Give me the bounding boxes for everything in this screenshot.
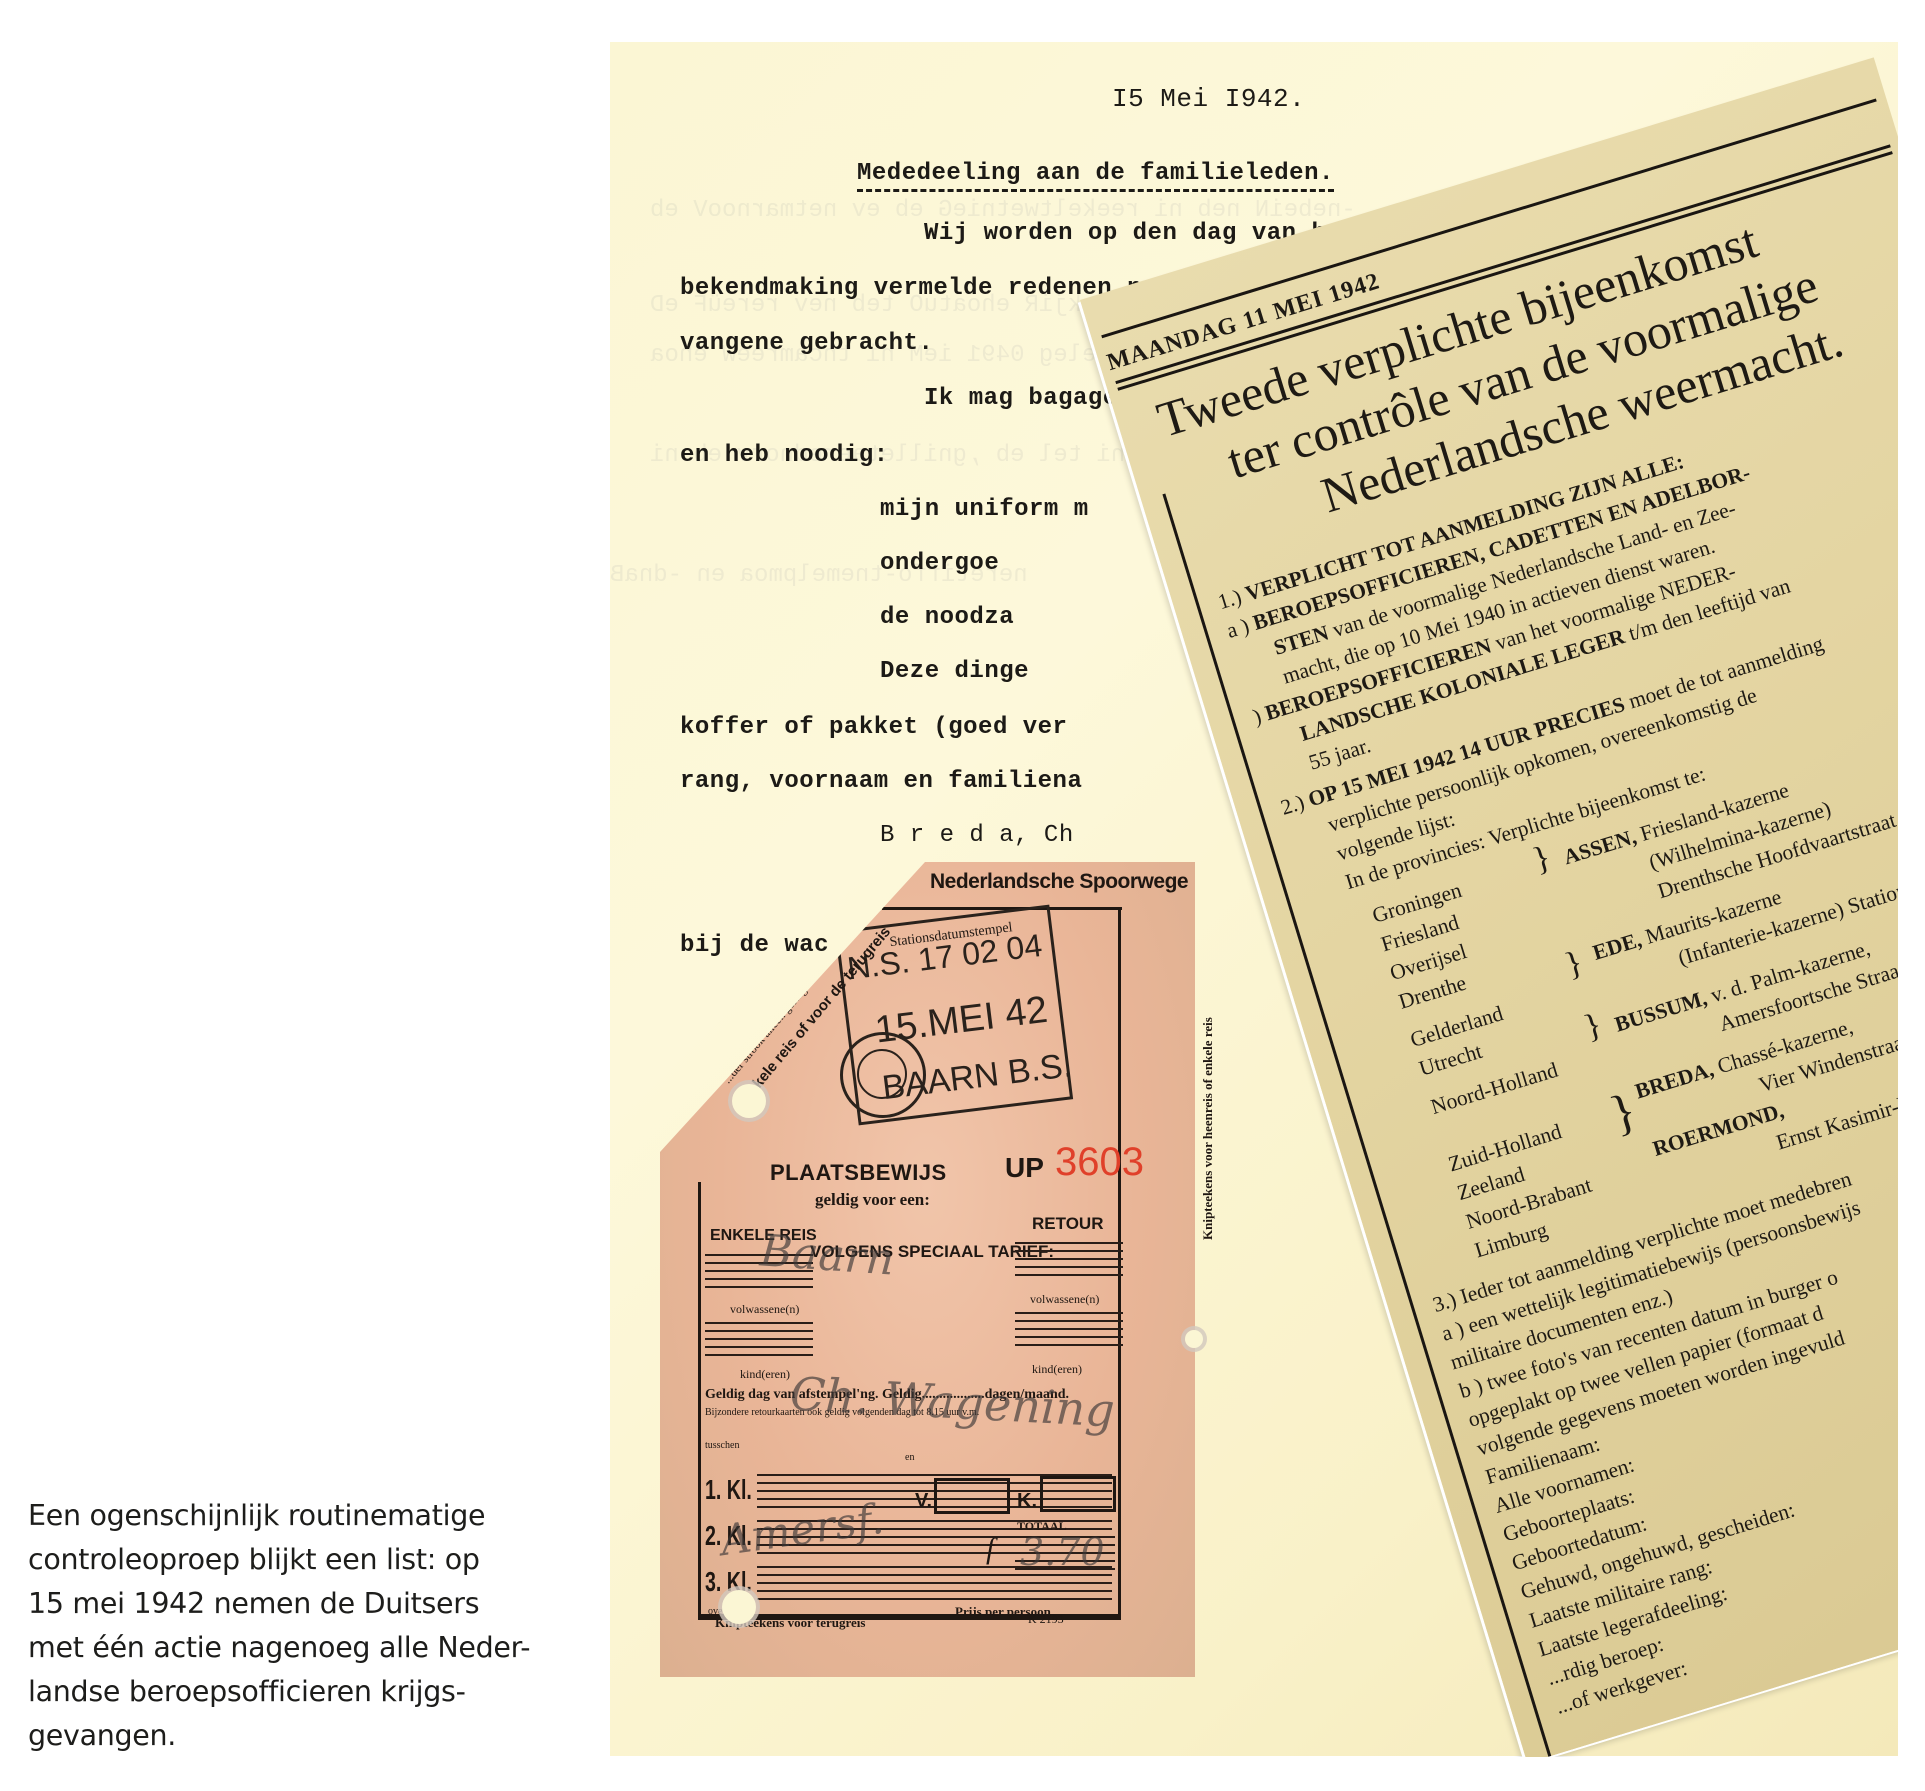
letter-title: Mededeeling aan de familieleden. — [857, 160, 1334, 187]
currency-symbol: f — [986, 1532, 994, 1566]
ruled-lines — [1015, 1312, 1123, 1350]
letter-line: en heb noodig: — [680, 442, 889, 469]
return-label: RETOUR — [1032, 1214, 1103, 1234]
brace: } — [1581, 1010, 1605, 1043]
caption-line: landse beroepsofficieren krijgs- — [28, 1670, 588, 1714]
children-label: kind(eren) — [740, 1367, 790, 1382]
letter-line: de noodza — [880, 604, 1014, 631]
letter-line: bij de wac — [680, 932, 829, 959]
letter-date: I5 Mei I942. — [1112, 84, 1305, 114]
photo-caption: Een ogenschijnlijk routinematige control… — [28, 1494, 588, 1758]
letter-line: koffer of pakket (goed ver — [680, 714, 1067, 741]
ticket-subtitle: geldig voor een: — [815, 1190, 930, 1210]
caption-line: gevangen. — [28, 1714, 588, 1758]
ticket-company: Nederlandsche Spoorwege — [930, 870, 1188, 894]
v-price-label: V. — [915, 1490, 932, 1513]
class-1-label: 1. Kl. — [705, 1474, 752, 1506]
v-price-box — [934, 1478, 1010, 1514]
punch-hole — [722, 1590, 756, 1624]
page-margin — [600, 0, 1925, 42]
ticket-border — [698, 1182, 701, 1617]
caption-line: Een ogenschijnlijk routinematige — [28, 1494, 588, 1538]
caption-line: met één actie nagenoeg alle Neder- — [28, 1626, 588, 1670]
adults-label: volwassene(n) — [730, 1302, 799, 1317]
outbound-clip-label: Knipteekens voor heenreis of enkele reis — [1200, 1017, 1216, 1240]
and-label: en — [905, 1452, 914, 1463]
k-price-box — [1040, 1476, 1116, 1512]
handwritten-from: Baarn — [758, 1225, 895, 1285]
brace: } — [1562, 948, 1586, 981]
letter-line: B r e d a, Ch — [880, 822, 1074, 849]
page-margin — [1898, 0, 1925, 1791]
letter-line: mijn uniform m — [880, 496, 1089, 523]
letter-line: Deze dinge — [880, 658, 1029, 685]
page-margin — [600, 1757, 1925, 1791]
letter-line: ondergoe — [880, 550, 999, 577]
caption-line: controleoproep blijkt een list: op — [28, 1538, 588, 1582]
letter-line: vangene gebracht. — [680, 330, 933, 357]
caption-line: 15 mei 1942 nemen de Duitsers — [28, 1582, 588, 1626]
ticket-series: UP — [1005, 1152, 1044, 1184]
ticket-title: PLAATSBEWIJS — [770, 1160, 947, 1186]
brace: } — [1607, 1094, 1639, 1130]
k-price-label: K. — [1017, 1490, 1037, 1513]
location: ROERMOND, — [1649, 1095, 1787, 1163]
adults-label: volwassene(n) — [1030, 1292, 1099, 1307]
ticket-number: 3603 — [1055, 1140, 1144, 1185]
letter-line: rang, voornaam en familiena — [680, 768, 1082, 795]
ns-crest-seal-icon — [840, 1032, 926, 1118]
ticket-form-code: K 2193 — [1028, 1612, 1064, 1627]
punch-hole — [732, 1084, 766, 1118]
children-label: kind(eren) — [1032, 1362, 1082, 1377]
between-label: tusschen — [705, 1440, 739, 1451]
ruled-lines — [705, 1322, 813, 1360]
ruled-lines — [1015, 1242, 1123, 1282]
punch-hole — [1185, 1330, 1203, 1348]
brace: } — [1530, 843, 1554, 876]
handwritten-total: 3.70 — [1020, 1530, 1105, 1574]
